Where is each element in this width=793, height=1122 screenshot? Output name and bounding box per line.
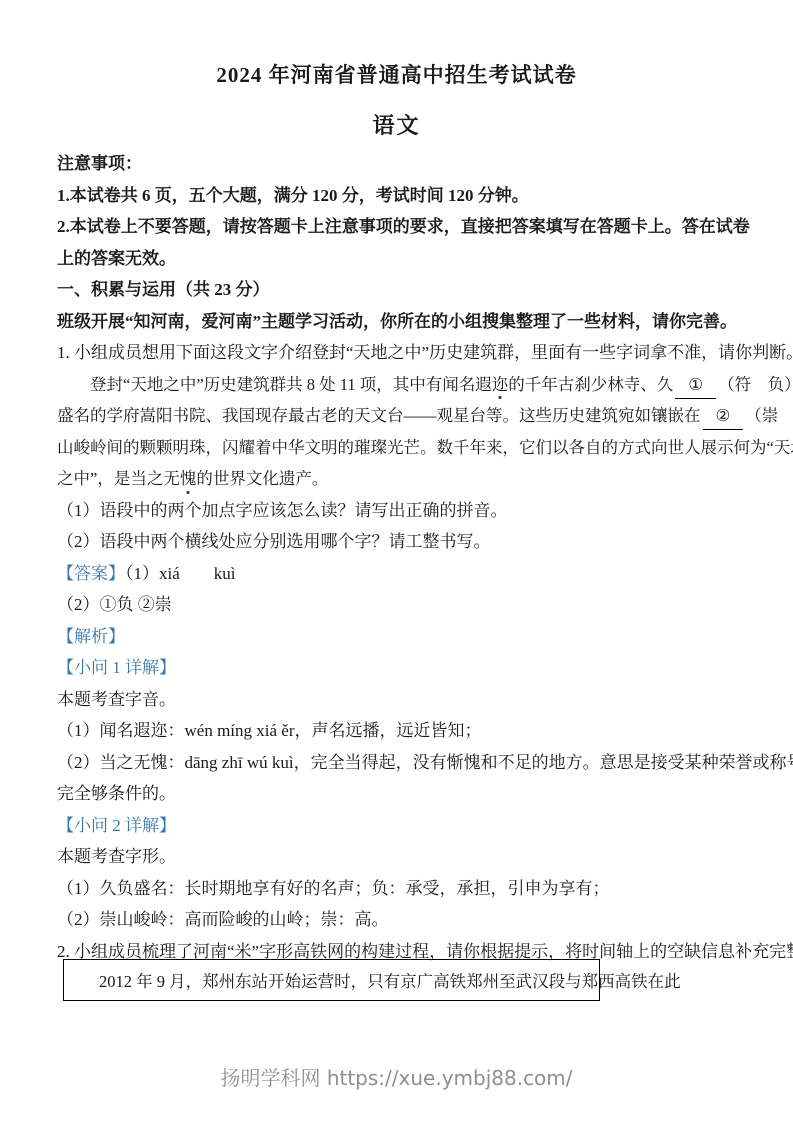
fill-in-blank-2: ② bbox=[703, 403, 744, 430]
answer-label: 【答案】 bbox=[57, 564, 125, 583]
section-1-heading: 一、积累与运用（共 23 分） bbox=[57, 274, 736, 306]
question-1-stem: 1. 小组成员想用下面这段文字介绍登封“天地之中”历史建筑群，里面有一些字词拿不… bbox=[57, 337, 736, 369]
page-title: 2024 年河南省普通高中招生考试试卷 bbox=[57, 62, 736, 88]
notice-item-1: 1.本试卷共 6 页，五个大题，满分 120 分，考试时间 120 分钟。 bbox=[57, 180, 736, 212]
passage-text: 的千年古刹少林寺、久 bbox=[508, 375, 673, 394]
analysis-label-line: 【解析】 bbox=[57, 621, 736, 653]
passage-text: 盛名的学府嵩阳书院、我国现存最古老的天文台——观星台等。这些历史建筑宛如镶嵌在 bbox=[57, 406, 701, 425]
detail-2-item-1: （1）久负盛名：长时期地享有好的名声；负：承受，承担，引申为享有； bbox=[57, 873, 736, 905]
dotted-character: 迩 bbox=[492, 369, 509, 401]
detail-2-item-2: （2）崇山峻岭：高而险峻的山岭；崇：高。 bbox=[57, 904, 736, 936]
passage-line-2: 盛名的学府嵩阳书院、我国现存最古老的天文台——观星台等。这些历史建筑宛如镶嵌在②… bbox=[57, 400, 736, 432]
notice-item-2-line-1: 2.本试卷上不要答题，请按答题卡上注意事项的要求，直接把答案填写在答题卡上。答在… bbox=[57, 211, 736, 243]
answer-line-2: （2）①负 ②崇 bbox=[57, 589, 736, 621]
detail-1-item-1: （1）闻名遐迩：wén míng xiá ěr，声名远播，远近皆知； bbox=[57, 715, 736, 747]
exam-paper-page: 2024 年河南省普通高中招生考试试卷 语文 注意事项： 1.本试卷共 6 页，… bbox=[0, 0, 793, 1122]
section-1-intro: 班级开展“知河南，爱河南”主题学习活动，你所在的小组搜集整理了一些材料，请你完善… bbox=[57, 306, 736, 338]
detail-1-item-2-line-1: （2）当之无愧：dāng zhī wú kuì，完全当得起，没有惭愧和不足的地方… bbox=[57, 747, 736, 779]
dotted-character: 愧 bbox=[180, 463, 197, 495]
answer-text-1: （1）xiá kuì bbox=[125, 564, 236, 583]
passage-text: 登封“天地之中”历史建筑群共 8 处 11 项，其中有闻名遐 bbox=[90, 375, 492, 394]
detail-1-heading-line: 【小问 1 详解】 bbox=[57, 652, 736, 684]
detail-2-intro: 本题考查字形。 bbox=[57, 841, 736, 873]
passage-text: 之中”，是当之无 bbox=[57, 469, 180, 488]
detail-1-item-2-line-2: 完全够条件的。 bbox=[57, 778, 736, 810]
timeline-box-text: 2012 年 9 月，郑州东站开始运营时，只有京广高铁郑州至武汉段与郑西高铁在此 bbox=[99, 968, 681, 992]
fill-in-blank-1: ① bbox=[675, 372, 716, 399]
passage-line-3: 山峻岭间的颗颗明珠，闪耀着中华文明的璀璨光芒。数千年来，它们以各自的方式向世人展… bbox=[57, 432, 736, 464]
footer-watermark: 扬明学科网 https://xue.ymbj88.com/ bbox=[0, 1062, 793, 1091]
question-1-sub-1: （1）语段中的两个加点字应该怎么读？请写出正确的拼音。 bbox=[57, 495, 736, 527]
detail-2-heading: 【小问 2 详解】 bbox=[57, 816, 176, 835]
passage-text: 的世界文化遗产。 bbox=[196, 469, 328, 488]
subject-title: 语文 bbox=[57, 112, 736, 140]
detail-1-heading: 【小问 1 详解】 bbox=[57, 658, 176, 677]
question-2-stem: 2. 小组成员梳理了河南“米”字形高铁网的构建过程，请你根据提示，将时间轴上的空… bbox=[57, 936, 736, 968]
passage-line-1: 登封“天地之中”历史建筑群共 8 处 11 项，其中有闻名遐迩的千年古刹少林寺、… bbox=[57, 369, 736, 401]
circled-number-2: ② bbox=[716, 406, 731, 425]
page-content: 2024 年河南省普通高中招生考试试卷 语文 注意事项： 1.本试卷共 6 页，… bbox=[57, 0, 736, 1001]
detail-1-intro: 本题考查字音。 bbox=[57, 684, 736, 716]
circled-number-1: ① bbox=[688, 375, 703, 394]
choice-options-2: （崇 祟） bbox=[745, 406, 793, 425]
notice-heading: 注意事项： bbox=[57, 148, 736, 180]
choice-options-1: （符 负） bbox=[718, 375, 793, 394]
passage-line-4: 之中”，是当之无愧的世界文化遗产。 bbox=[57, 463, 736, 495]
watermark-text: 扬明学科网 https://xue.ymbj88.com/ bbox=[220, 1066, 572, 1090]
answer-line-1: 【答案】（1）xiá kuì bbox=[57, 558, 736, 590]
notice-item-2-line-2: 上的答案无效。 bbox=[57, 243, 736, 275]
detail-2-heading-line: 【小问 2 详解】 bbox=[57, 810, 736, 842]
question-1-sub-2: （2）语段中两个横线处应分别选用哪个字？请工整书写。 bbox=[57, 526, 736, 558]
body-text: 注意事项： 1.本试卷共 6 页，五个大题，满分 120 分，考试时间 120 … bbox=[57, 148, 736, 967]
analysis-label: 【解析】 bbox=[57, 627, 125, 646]
